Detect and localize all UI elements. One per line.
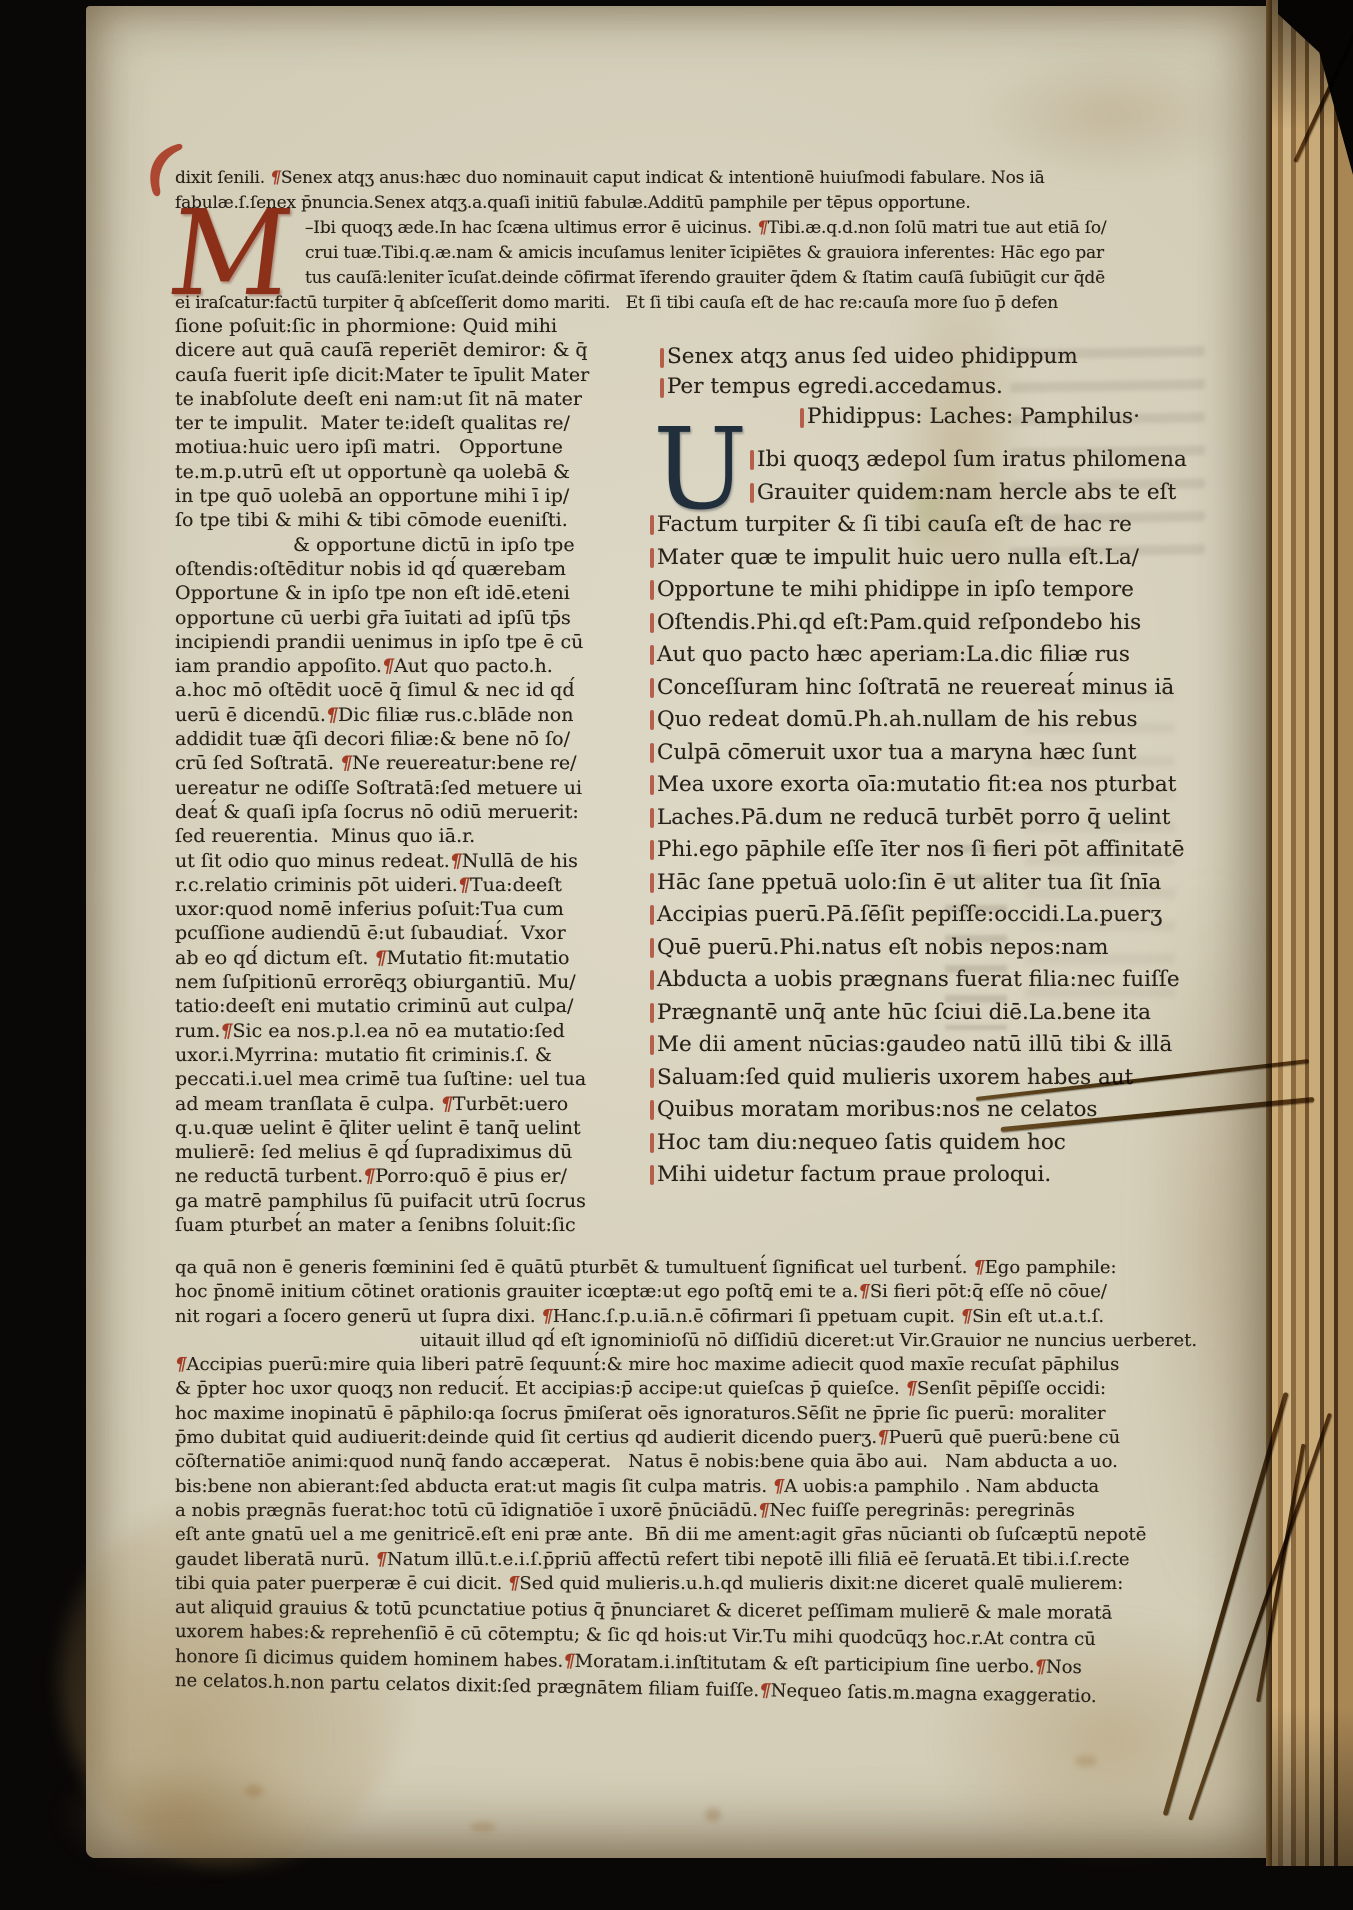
text-line: Oſtendis.Phi.qd eſt:Pam.quid reſpondebo …: [657, 607, 1187, 640]
text-line: Senex atqʒ anus ſed uideo phidippum: [667, 342, 1187, 372]
text-line: Factum turpiter & ſi tibi cauſa eſt de h…: [657, 509, 1187, 542]
text-line: cōſternatiōe animi:quod nunq̄ fando accæ…: [175, 1450, 1197, 1474]
text-line: & p̄pter hoc uxor quoqʒ non reducit́. Et…: [175, 1377, 1197, 1401]
text-line: in tpe quō uolebā an opportune mihi ī ip…: [175, 484, 589, 508]
text-line: Prægnantē unq̄ ante hūc ſciui diē.La.ben…: [657, 997, 1187, 1030]
text-line: uerū ē dicendū.¶Dic filiæ rus.c.blāde no…: [175, 703, 589, 727]
text-line: peccati.i.uel mea crimē tua ſuſtine: uel…: [175, 1067, 589, 1091]
text-line: ſed reuerentia. Minus quo iā.r.: [175, 824, 589, 848]
text-line: Per tempus egredi.accedamus.: [667, 372, 1187, 402]
text-line: crū ſed Soſtratā. ¶Ne reuereatur:bene re…: [175, 751, 589, 775]
text-line: oſtendis:oſtēditur nobis id qd́ quærebam: [175, 557, 589, 581]
text-line: Quo redeat domū.Ph.ah.nullam de his rebu…: [657, 704, 1187, 737]
commentary-left-column: ſione poſuit:ſic in phormione: Quid mihi…: [175, 314, 589, 1237]
text-line: Quē puerū.Phi.natus eſt nobis nepos:nam: [657, 932, 1187, 965]
pilcrow-mark: ¶: [340, 752, 352, 774]
text-line: Me dii ament nūcias:gaudeo natū illū tib…: [657, 1029, 1187, 1062]
text-line: deat́ & quaſi ipſa ſocrus nō odiū meruer…: [175, 800, 589, 824]
pilcrow-mark: ¶: [773, 1476, 784, 1497]
verse-lines: Ibi quoqʒ ædepol ſum iratus philomenaGra…: [657, 444, 1187, 1192]
text-line: Culpā cōmeruit uxor tua a maryna hæc ſun…: [657, 737, 1187, 770]
text-line: a.hoc mō oſtēdit uocē q̄ ſimul & nec id …: [175, 678, 589, 702]
text-line: qa quā non ē generis fœminini ſed ē quāt…: [175, 1256, 1197, 1280]
pilcrow-mark: ¶: [858, 1281, 869, 1302]
text-line: Aut quo pacto hæc aperiam:La.dic filiæ r…: [657, 639, 1187, 672]
text-line: ſo tpe tibi & mihi & tibi cōmode eueniſt…: [175, 508, 589, 532]
book-page-photo: M U dixit ſenili. ¶Senex atqʒ anus:hæc d…: [0, 0, 1353, 1910]
pilcrow-mark: ¶: [541, 1306, 552, 1327]
pilcrow-mark: ¶: [441, 1093, 453, 1115]
text-line: opportune cū uerbi gr̄a īuitati ad ipſū …: [175, 606, 589, 630]
text-line: Conceſſuram hinc ſoſtratā ne reuereat́ m…: [657, 672, 1187, 705]
text-line: ter te impulit. Mater te:ideſt qualitas …: [175, 411, 589, 435]
pilcrow-mark: ¶: [759, 1680, 771, 1701]
text-line: mulierē: ſed melius ē qd́ ſupradiximus d…: [175, 1140, 589, 1164]
pilcrow-mark: ¶: [270, 168, 281, 188]
text-line: q.u.quæ uelint ē q̄liter uelint ē tanq̄ …: [175, 1116, 589, 1140]
pilcrow-mark: ¶: [376, 1549, 387, 1570]
text-line: motiua:huic uero ipſi matri. Opportune: [175, 435, 589, 459]
pilcrow-mark: ¶: [220, 1020, 232, 1042]
text-line: hoc p̄nomē initium cōtinet orationis gra…: [175, 1280, 1197, 1304]
text-line: –Ibi quoqʒ æde.In hac ſcæna ultimus erro…: [305, 216, 1106, 241]
pilcrow-mark: ¶: [1034, 1656, 1046, 1677]
text-line: eſt ante gnatū uel a me genitricē.eſt en…: [175, 1523, 1197, 1547]
text-line: ei iraſcatur:factū turpiter q̄ abſceſſer…: [175, 291, 1106, 316]
book-page-edges: [1272, 0, 1353, 1866]
text-line: p̄mo dubitat quid audiuerit:deinde quid …: [175, 1426, 1197, 1450]
text-line: uxor:quod nomē inferius poſuit:Tua cum: [175, 897, 589, 921]
pilcrow-mark: ¶: [563, 1650, 575, 1671]
text-line: ne reductā turbent.¶Porro:quō ē pius er/: [175, 1164, 589, 1188]
text-line: Opportune & in ipſo tpe non eſt idē.eten…: [175, 581, 589, 605]
text-line: Phi.ego pāphile eſſe īter nos ſi fieri p…: [657, 834, 1187, 867]
pilcrow-mark: ¶: [374, 947, 386, 969]
play-intro-lines: Senex atqʒ anus ſed uideo phidippumPer t…: [657, 342, 1187, 402]
commentary-top-block: dixit ſenili. ¶Senex atqʒ anus:hæc duo n…: [175, 166, 1106, 316]
text-line: a nobis prægnās fuerat:hoc totū cū īdign…: [175, 1499, 1197, 1523]
text-line: Saluam:ſed quid mulieris uxorem habes au…: [657, 1062, 1187, 1095]
text-line: Ibi quoqʒ ædepol ſum iratus philomena: [757, 444, 1187, 477]
text-line: uereatur ne odiſſe Soſtratā:ſed metuere …: [175, 776, 589, 800]
text-line: bis:bene non abierant:ſed abducta erat:u…: [175, 1475, 1197, 1499]
pilcrow-mark: ¶: [363, 1165, 375, 1187]
pilcrow-mark: ¶: [758, 1500, 769, 1521]
text-line: te.m.p.utrū eſt ut opportunè qa uolebā &: [175, 460, 589, 484]
text-line: ut ſit odio quo minus redeat.¶Nullā de h…: [175, 849, 589, 873]
pilcrow-mark: ¶: [961, 1306, 972, 1327]
text-line: nit rogari a ſocero generū ut ſupra dixi…: [175, 1305, 1197, 1329]
text-line: Hoc tam diu:nequeo ſatis quidem hoc: [657, 1127, 1187, 1160]
text-line: cauſa fuerit ipſe dicit:Mater te īpulit …: [175, 363, 589, 387]
text-line: r.c.relatio criminis pōt uideri.¶Tua:dee…: [175, 873, 589, 897]
text-line: tibi quia pater puerperæ ē cui dicit. ¶S…: [175, 1572, 1197, 1596]
text-line: ¶Accipias puerū:mire quia liberi patrē ſ…: [175, 1353, 1197, 1377]
pilcrow-mark: ¶: [382, 655, 394, 677]
text-line: nem ſuſpitionū errorēqʒ obiurgantiū. Mu/: [175, 970, 589, 994]
text-line: pcuſſione audiendū ē:ut ſubaudiat́. Vxor: [175, 921, 589, 945]
text-line: iam prandio appoſito.¶Aut quo pacto.h.: [175, 654, 589, 678]
pilcrow-mark: ¶: [905, 1378, 916, 1399]
text-line: rum.¶Sic ea nos.p.l.ea nō ea mutatio:ſed: [175, 1019, 589, 1043]
pilcrow-mark: ¶: [326, 704, 338, 726]
text-line: Opportune te mihi phidippe in ipſo tempo…: [657, 574, 1187, 607]
text-line: Mea uxore exorta oīa:mutatio fit:ea nos …: [657, 769, 1187, 802]
text-line: & opportune dictū in ipſo tpe: [293, 533, 589, 557]
pilcrow-mark: ¶: [508, 1573, 519, 1594]
text-line: ga matrē pamphilus ſū puifacit utrū ſocr…: [175, 1189, 589, 1213]
text-line: fabulæ.ſ.ſenex p̄nuncia.Senex atqʒ.a.qua…: [175, 191, 1106, 216]
text-line: Hāc ſane ppetuā uolo:ſin ē ut aliter tua…: [657, 867, 1187, 900]
text-line: Mater quæ te impulit huic uero nulla eſt…: [657, 542, 1187, 575]
text-line: incipiendi prandii uenimus in ipſo tpe ē…: [175, 630, 589, 654]
text-line: Abducta a uobis prægnans fuerat filia:ne…: [657, 964, 1187, 997]
pilcrow-mark: ¶: [458, 874, 470, 896]
commentary-bottom-block: qa quā non ē generis fœminini ſed ē quāt…: [175, 1256, 1197, 1693]
text-line: Accipias puerū.Pā.ſēſit pepiſſe:occidi.L…: [657, 899, 1187, 932]
text-line: gaudet liberatā nurū. ¶Natum illū.t.e.i.…: [175, 1548, 1197, 1572]
play-text-column: Senex atqʒ anus ſed uideo phidippumPer t…: [657, 342, 1187, 1192]
text-line: addidit tuæ q̄ſi decori filiæ:& bene nō …: [175, 727, 589, 751]
text-line: crui tuæ.Tibi.q.æ.nam & amicis incuſamus…: [305, 241, 1106, 266]
text-line: ad meam tranſlata ē culpa. ¶Turbēt:uero: [175, 1092, 589, 1116]
pilcrow-mark: ¶: [877, 1427, 888, 1448]
text-line: ſuam pturbet́ an mater a ſenibns ſoluit:…: [175, 1213, 589, 1237]
pilcrow-mark: ¶: [757, 218, 768, 238]
text-line: tatio:deeſt eni mutatio criminū aut culp…: [175, 994, 589, 1018]
text-line: dixit ſenili. ¶Senex atqʒ anus:hæc duo n…: [175, 166, 1106, 191]
text-line: Mihi uidetur factum praue proloqui.: [657, 1159, 1187, 1192]
text-line: ſione poſuit:ſic in phormione: Quid mihi: [175, 314, 589, 338]
pilcrow-mark: ¶: [973, 1257, 984, 1278]
text-line: Grauiter quidem:nam hercle abs te eſt: [757, 477, 1187, 510]
text-line: tus cauſā:leniter īcuſat.deinde cōfirmat…: [305, 266, 1106, 291]
text-line: dicere aut quā cauſā reperiēt demiror: &…: [175, 338, 589, 362]
text-line: uxor.i.Myrrina: mutatio fit criminis.ſ. …: [175, 1043, 589, 1067]
pilcrow-mark: ¶: [175, 1354, 186, 1375]
text-line: Laches.Pā.dum ne reducā turbēt porro q̄ …: [657, 802, 1187, 835]
text-line: te inabſolute deeſt eni nam:ut ſit nā ma…: [175, 387, 589, 411]
text-line: uitauit illud qd́ eſt ignominioſū nō diſ…: [420, 1329, 1197, 1353]
scene-heading: Phidippus: Laches: Pamphilus·: [807, 402, 1187, 432]
pilcrow-mark: ¶: [450, 850, 462, 872]
text-line: hoc maxime inopinatū ē pāphilo:qa ſocrus…: [175, 1402, 1197, 1426]
text-line: ab eo qd́ dictum eſt. ¶Mutatio fit:mutat…: [175, 946, 589, 970]
